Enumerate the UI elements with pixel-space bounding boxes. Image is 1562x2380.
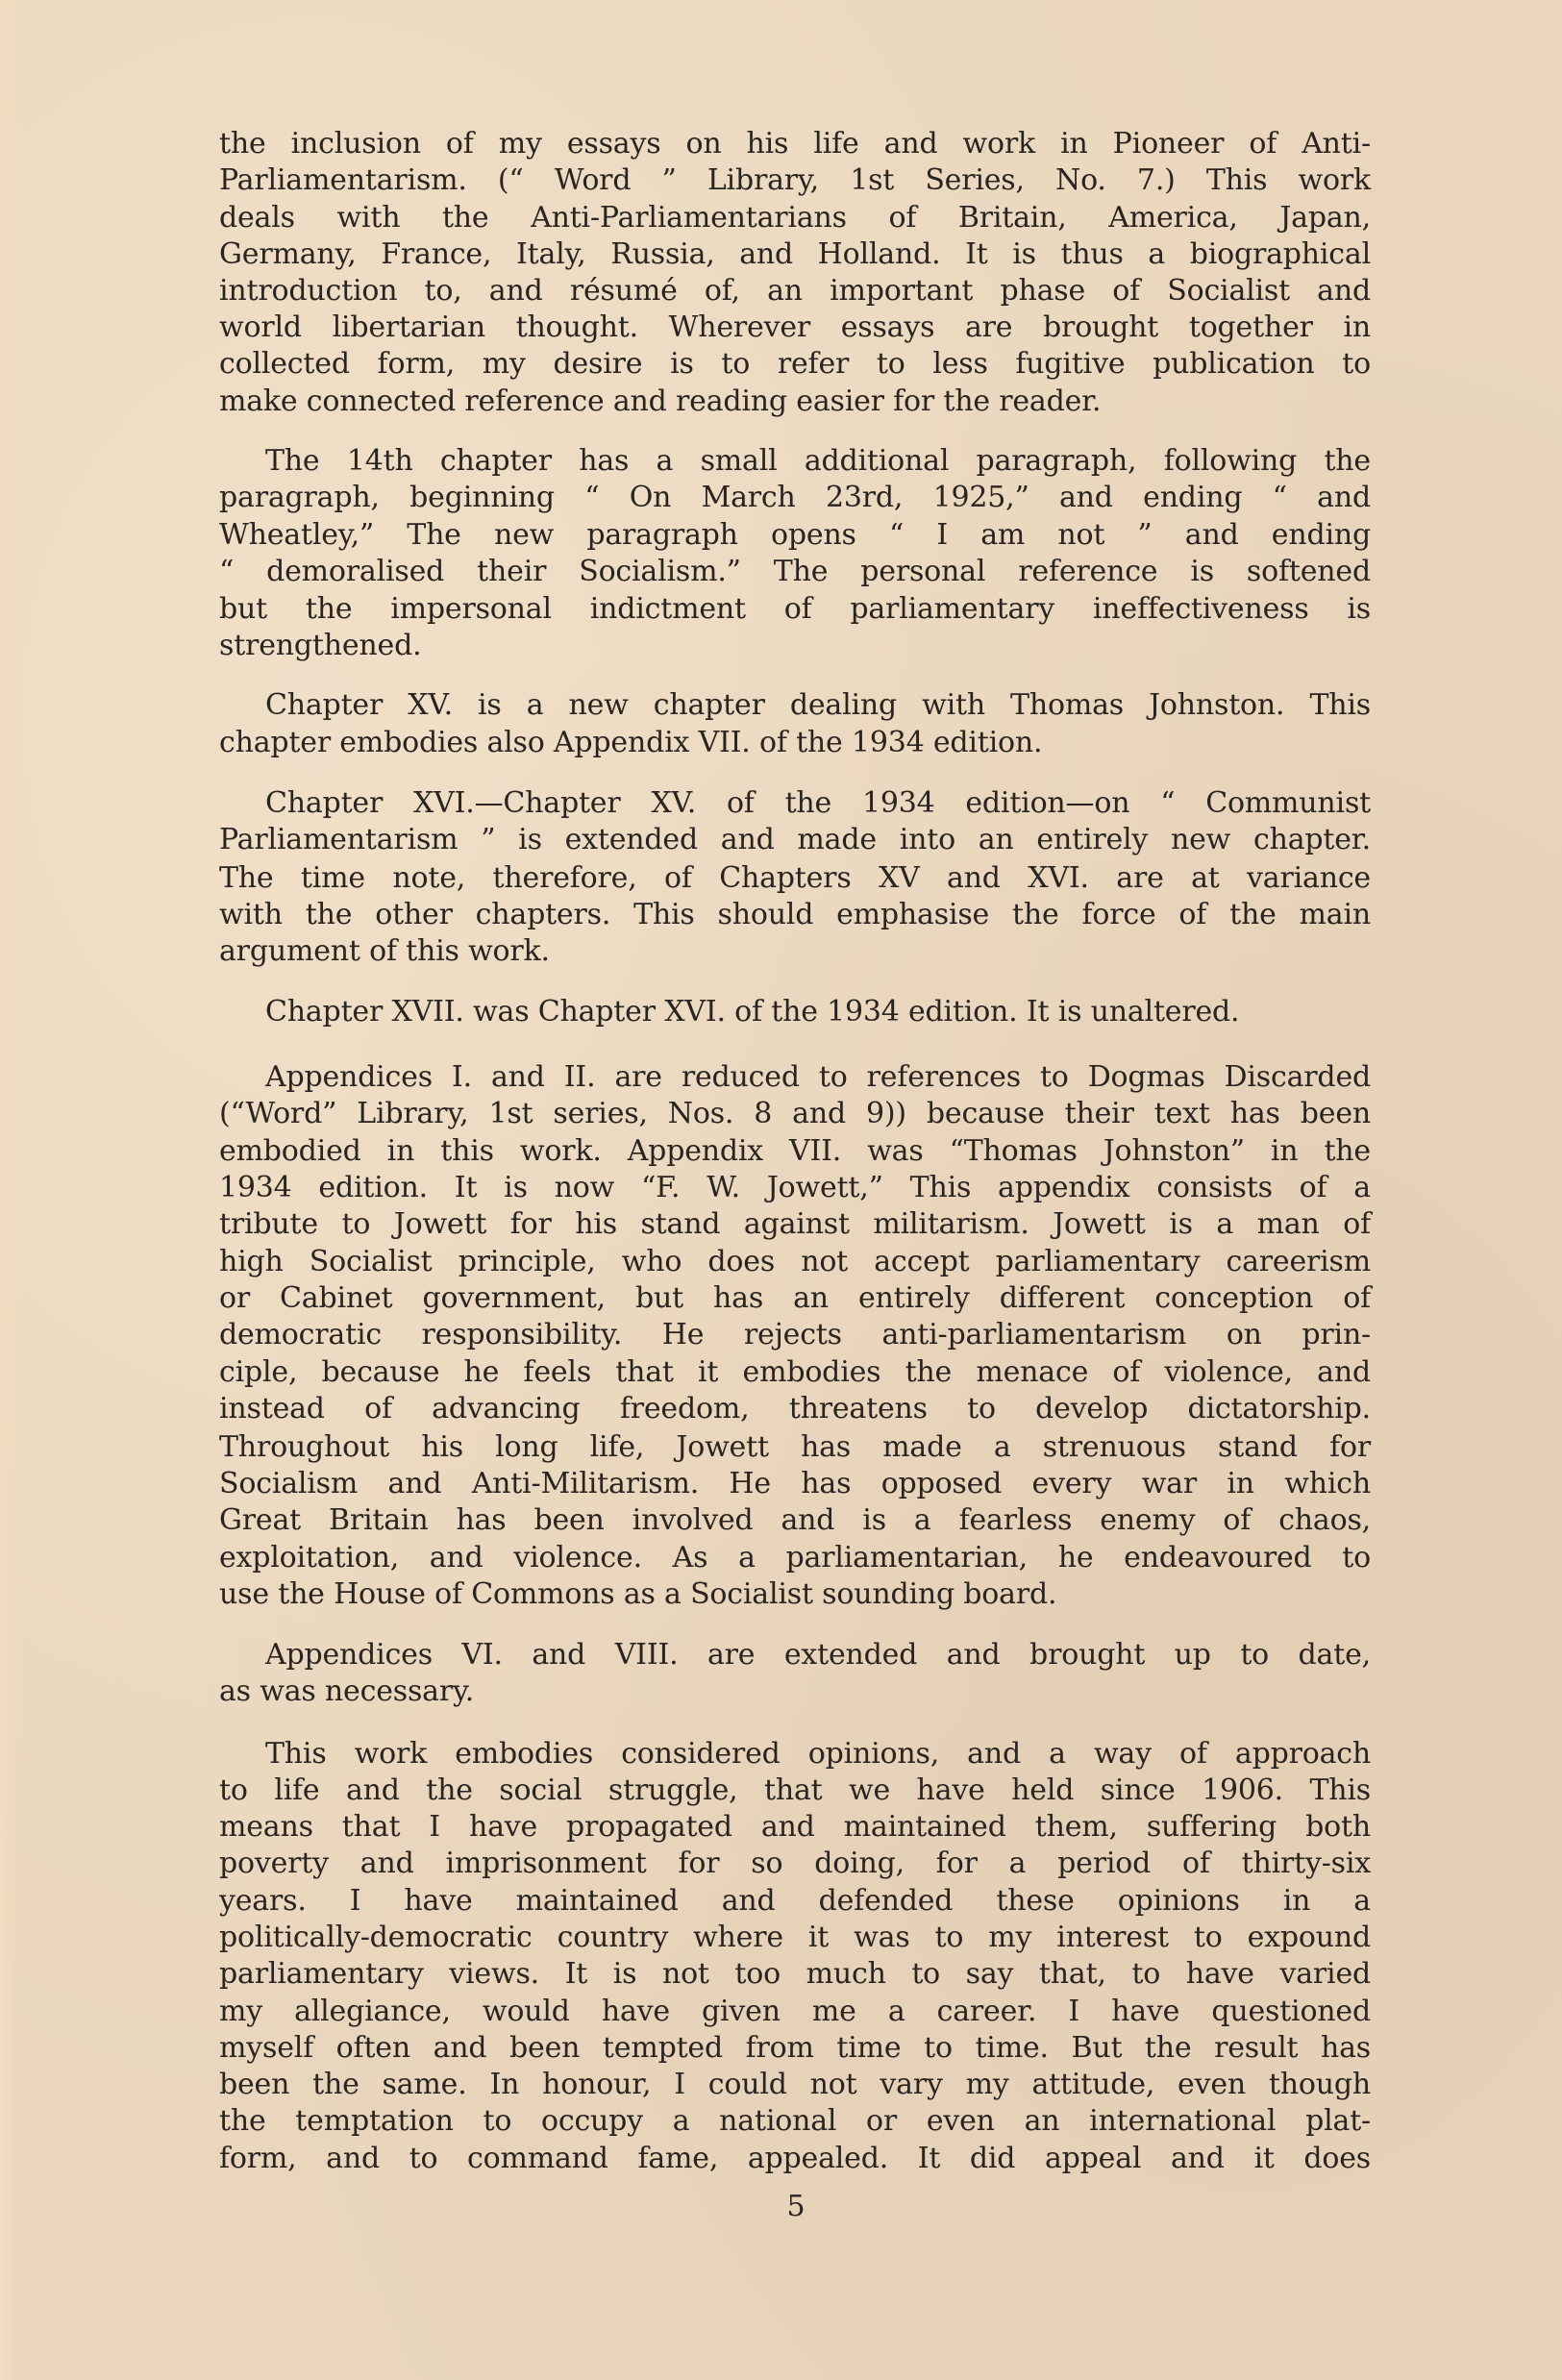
text-line: use the House of Commons as a Socialist …: [219, 1577, 1371, 1612]
text-line: (“Word” Library, 1st series, Nos. 8 and …: [219, 1097, 1371, 1131]
text-line: exploitation, and violence. As a parliam…: [219, 1541, 1371, 1575]
text-line: Chapter XV. is a new chapter dealing wit…: [219, 688, 1371, 723]
text-line: with the other chapters. This should emp…: [219, 898, 1371, 932]
text-line: or Cabinet government, but has an entire…: [219, 1281, 1371, 1316]
text-line: democratic responsibility. He rejects an…: [219, 1318, 1371, 1352]
text-line: years. I have maintained and defended th…: [219, 1884, 1371, 1919]
text-line: Throughout his long life, Jowett has mad…: [219, 1430, 1371, 1465]
text-line: but the impersonal indictment of parliam…: [219, 592, 1371, 627]
page-edge-shadow: [0, 0, 21, 2380]
text-line: “ demoralised their Socialism.” The pers…: [219, 555, 1371, 589]
text-line: strengthened.: [219, 629, 1371, 663]
text-line: Germany, France, Italy, Russia, and Holl…: [219, 237, 1371, 272]
text-line: Appendices I. and II. are reduced to ref…: [219, 1060, 1371, 1095]
text-line: paragraph, beginning “ On March 23rd, 19…: [219, 481, 1371, 515]
text-line: as was necessary.: [219, 1674, 1371, 1709]
text-line: The time note, therefore, of Chapters XV…: [219, 861, 1371, 896]
text-line: Appendices VI. and VIII. are extended an…: [219, 1638, 1371, 1673]
text-line: means that I have propagated and maintai…: [219, 1810, 1371, 1845]
text-line: 1934 edition. It is now “F. W. Jowett,” …: [219, 1171, 1371, 1205]
text-line: collected form, my desire is to refer to…: [219, 347, 1371, 382]
text-line: This work embodies considered opinions, …: [219, 1737, 1371, 1772]
text-line: The 14th chapter has a small additional …: [219, 444, 1371, 479]
text-line: been the same. In honour, I could not va…: [219, 2068, 1371, 2102]
text-line: the inclusion of my essays on his life a…: [219, 127, 1371, 161]
text-line: the temptation to occupy a national or e…: [219, 2104, 1371, 2139]
text-line: introduction to, and résumé of, an impor…: [219, 274, 1371, 309]
text-line: poverty and imprisonment for so doing, f…: [219, 1847, 1371, 1881]
text-line: to life and the social struggle, that we…: [219, 1773, 1371, 1808]
text-line: Socialism and Anti-Militarism. He has op…: [219, 1467, 1371, 1501]
text-line: make connected reference and reading eas…: [219, 384, 1371, 419]
text-line: Wheatley,” The new paragraph opens “ I a…: [219, 518, 1371, 553]
text-line: Chapter XVII. was Chapter XVI. of the 19…: [219, 995, 1371, 1029]
text-line: Chapter XVI.—Chapter XV. of the 1934 edi…: [219, 786, 1371, 821]
text-line: argument of this work.: [219, 934, 1371, 969]
text-line: parliamentary views. It is not too much …: [219, 1957, 1371, 1992]
text-line: form, and to command fame, appealed. It …: [219, 2142, 1371, 2176]
text-line: embodied in this work. Appendix VII. was…: [219, 1134, 1371, 1169]
text-line: Parliamentarism. (“ Word ” Library, 1st …: [219, 163, 1371, 198]
text-line: high Socialist principle, who does not a…: [219, 1245, 1371, 1279]
text-line: tribute to Jowett for his stand against …: [219, 1207, 1371, 1242]
text-line: Great Britain has been involved and is a…: [219, 1503, 1371, 1538]
text-line: myself often and been tempted from time …: [219, 2031, 1371, 2066]
text-line: chapter embodies also Appendix VII. of t…: [219, 726, 1371, 760]
text-line: Parliamentarism ” is extended and made i…: [219, 823, 1371, 857]
text-line: ciple, because he feels that it embodies…: [219, 1355, 1371, 1390]
text-line: instead of advancing freedom, threatens …: [219, 1392, 1371, 1426]
page-number: 5: [781, 2190, 810, 2223]
text-line: deals with the Anti-Parliamentarians of …: [219, 201, 1371, 236]
text-line: my allegiance, would have given me a car…: [219, 1995, 1371, 2029]
text-line: politically-democratic country where it …: [219, 1921, 1371, 1955]
text-line: world libertarian thought. Wherever essa…: [219, 310, 1371, 345]
